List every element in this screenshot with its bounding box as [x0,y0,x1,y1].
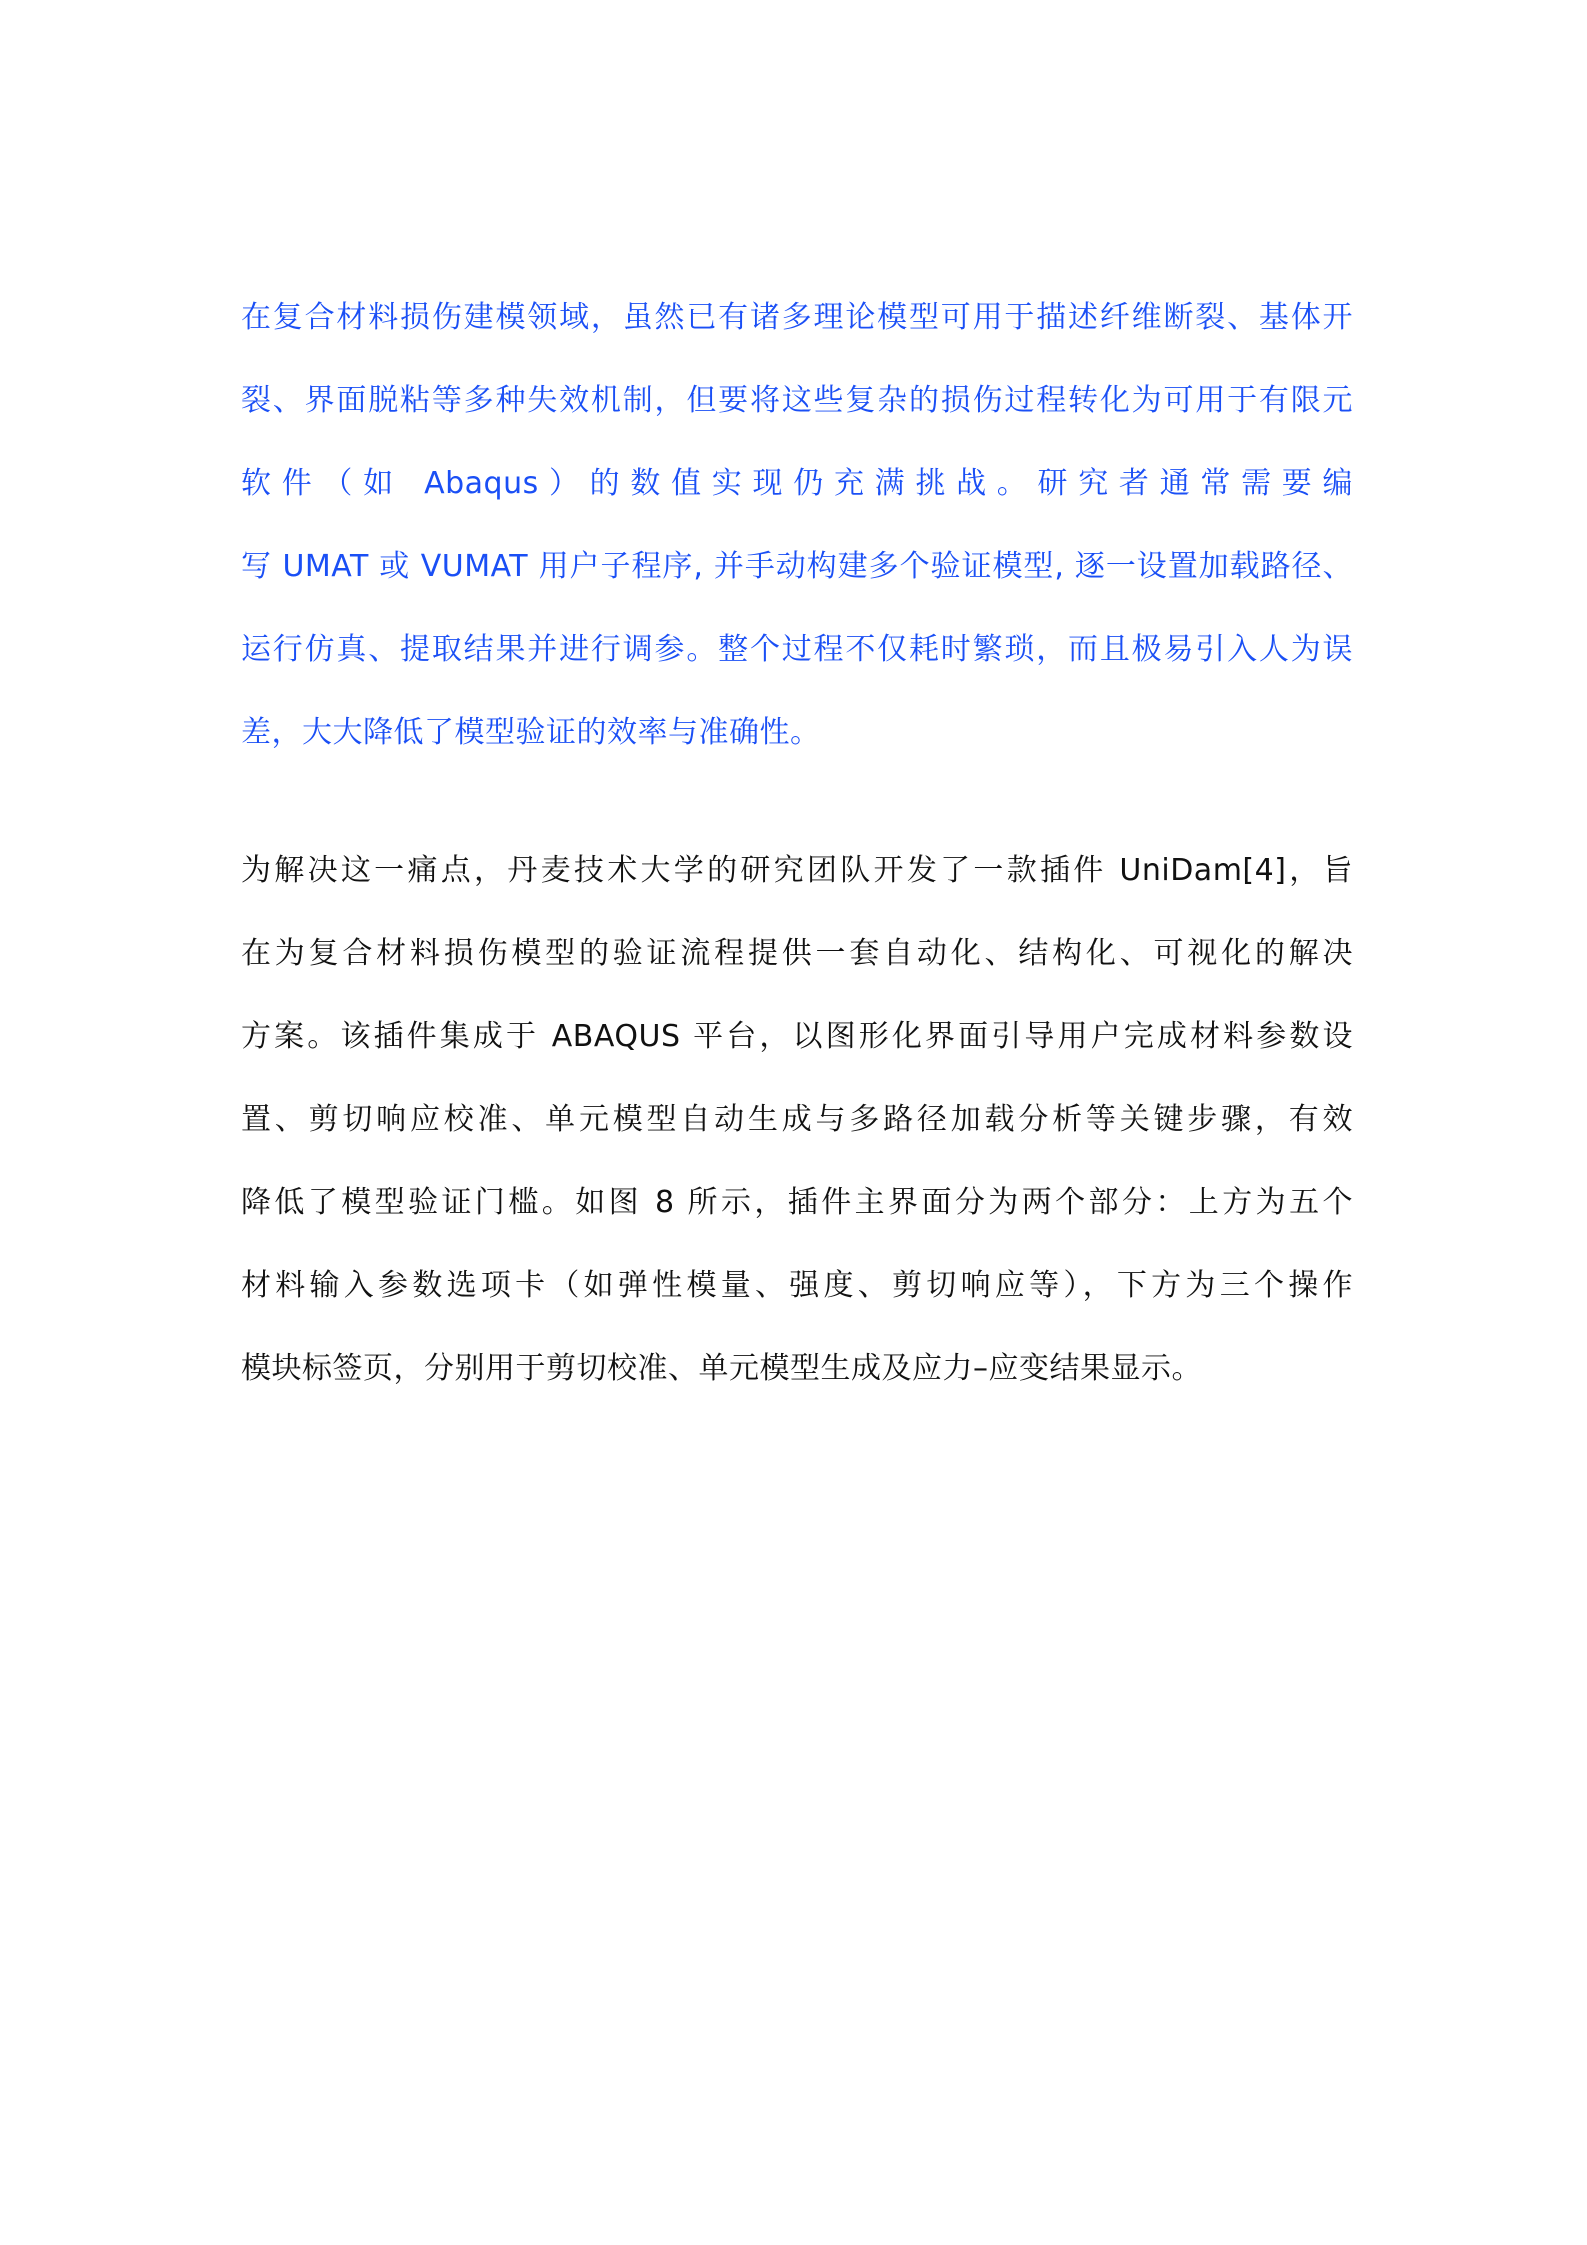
paragraph-line: 方案。该插件集成于 ABAQUS 平台，以图形化界面引导用户完成材料参数设 [241,995,1353,1078]
paragraph-line: 运行仿真、提取结果并进行调参。整个过程不仅耗时繁琐，而且极易引入人为误 [241,608,1353,691]
paragraph-line: 差，大大降低了模型验证的效率与准确性。 [241,691,1353,774]
paragraph-line: 模块标签页，分别用于剪切校准、单元模型生成及应力–应变结果显示。 [241,1327,1353,1410]
paragraph-damage-modeling-challenges: 在复合材料损伤建模领域，虽然已有诸多理论模型可用于描述纤维断裂、基体开 裂、界面… [241,276,1353,774]
paragraph-line: 裂、界面脱粘等多种失效机制，但要将这些复杂的损伤过程转化为可用于有限元 [241,359,1353,442]
paragraph-line: 为解决这一痛点，丹麦技术大学的研究团队开发了一款插件 UniDam[4]，旨 [241,829,1353,912]
paragraph-unidam-plugin: 为解决这一痛点，丹麦技术大学的研究团队开发了一款插件 UniDam[4]，旨 在… [241,829,1353,1410]
paragraph-line: 材料输入参数选项卡（如弹性模量、强度、剪切响应等），下方为三个操作 [241,1244,1353,1327]
paragraph-line: 置、剪切响应校准、单元模型自动生成与多路径加载分析等关键步骤，有效 [241,1078,1353,1161]
paragraph-line: 在为复合材料损伤模型的验证流程提供一套自动化、结构化、可视化的解决 [241,912,1353,995]
paragraph-line: 在复合材料损伤建模领域，虽然已有诸多理论模型可用于描述纤维断裂、基体开 [241,276,1353,359]
paragraph-line: 写 UMAT 或 VUMAT 用户子程序, 并手动构建多个验证模型, 逐一设置加… [241,525,1353,608]
paragraph-line: 软件（如 Abaqus）的数值实现仍充满挑战。研究者通常需要编 [241,442,1353,525]
paragraph-line: 降低了模型验证门槛。如图 8 所示，插件主界面分为两个部分：上方为五个 [241,1161,1353,1244]
